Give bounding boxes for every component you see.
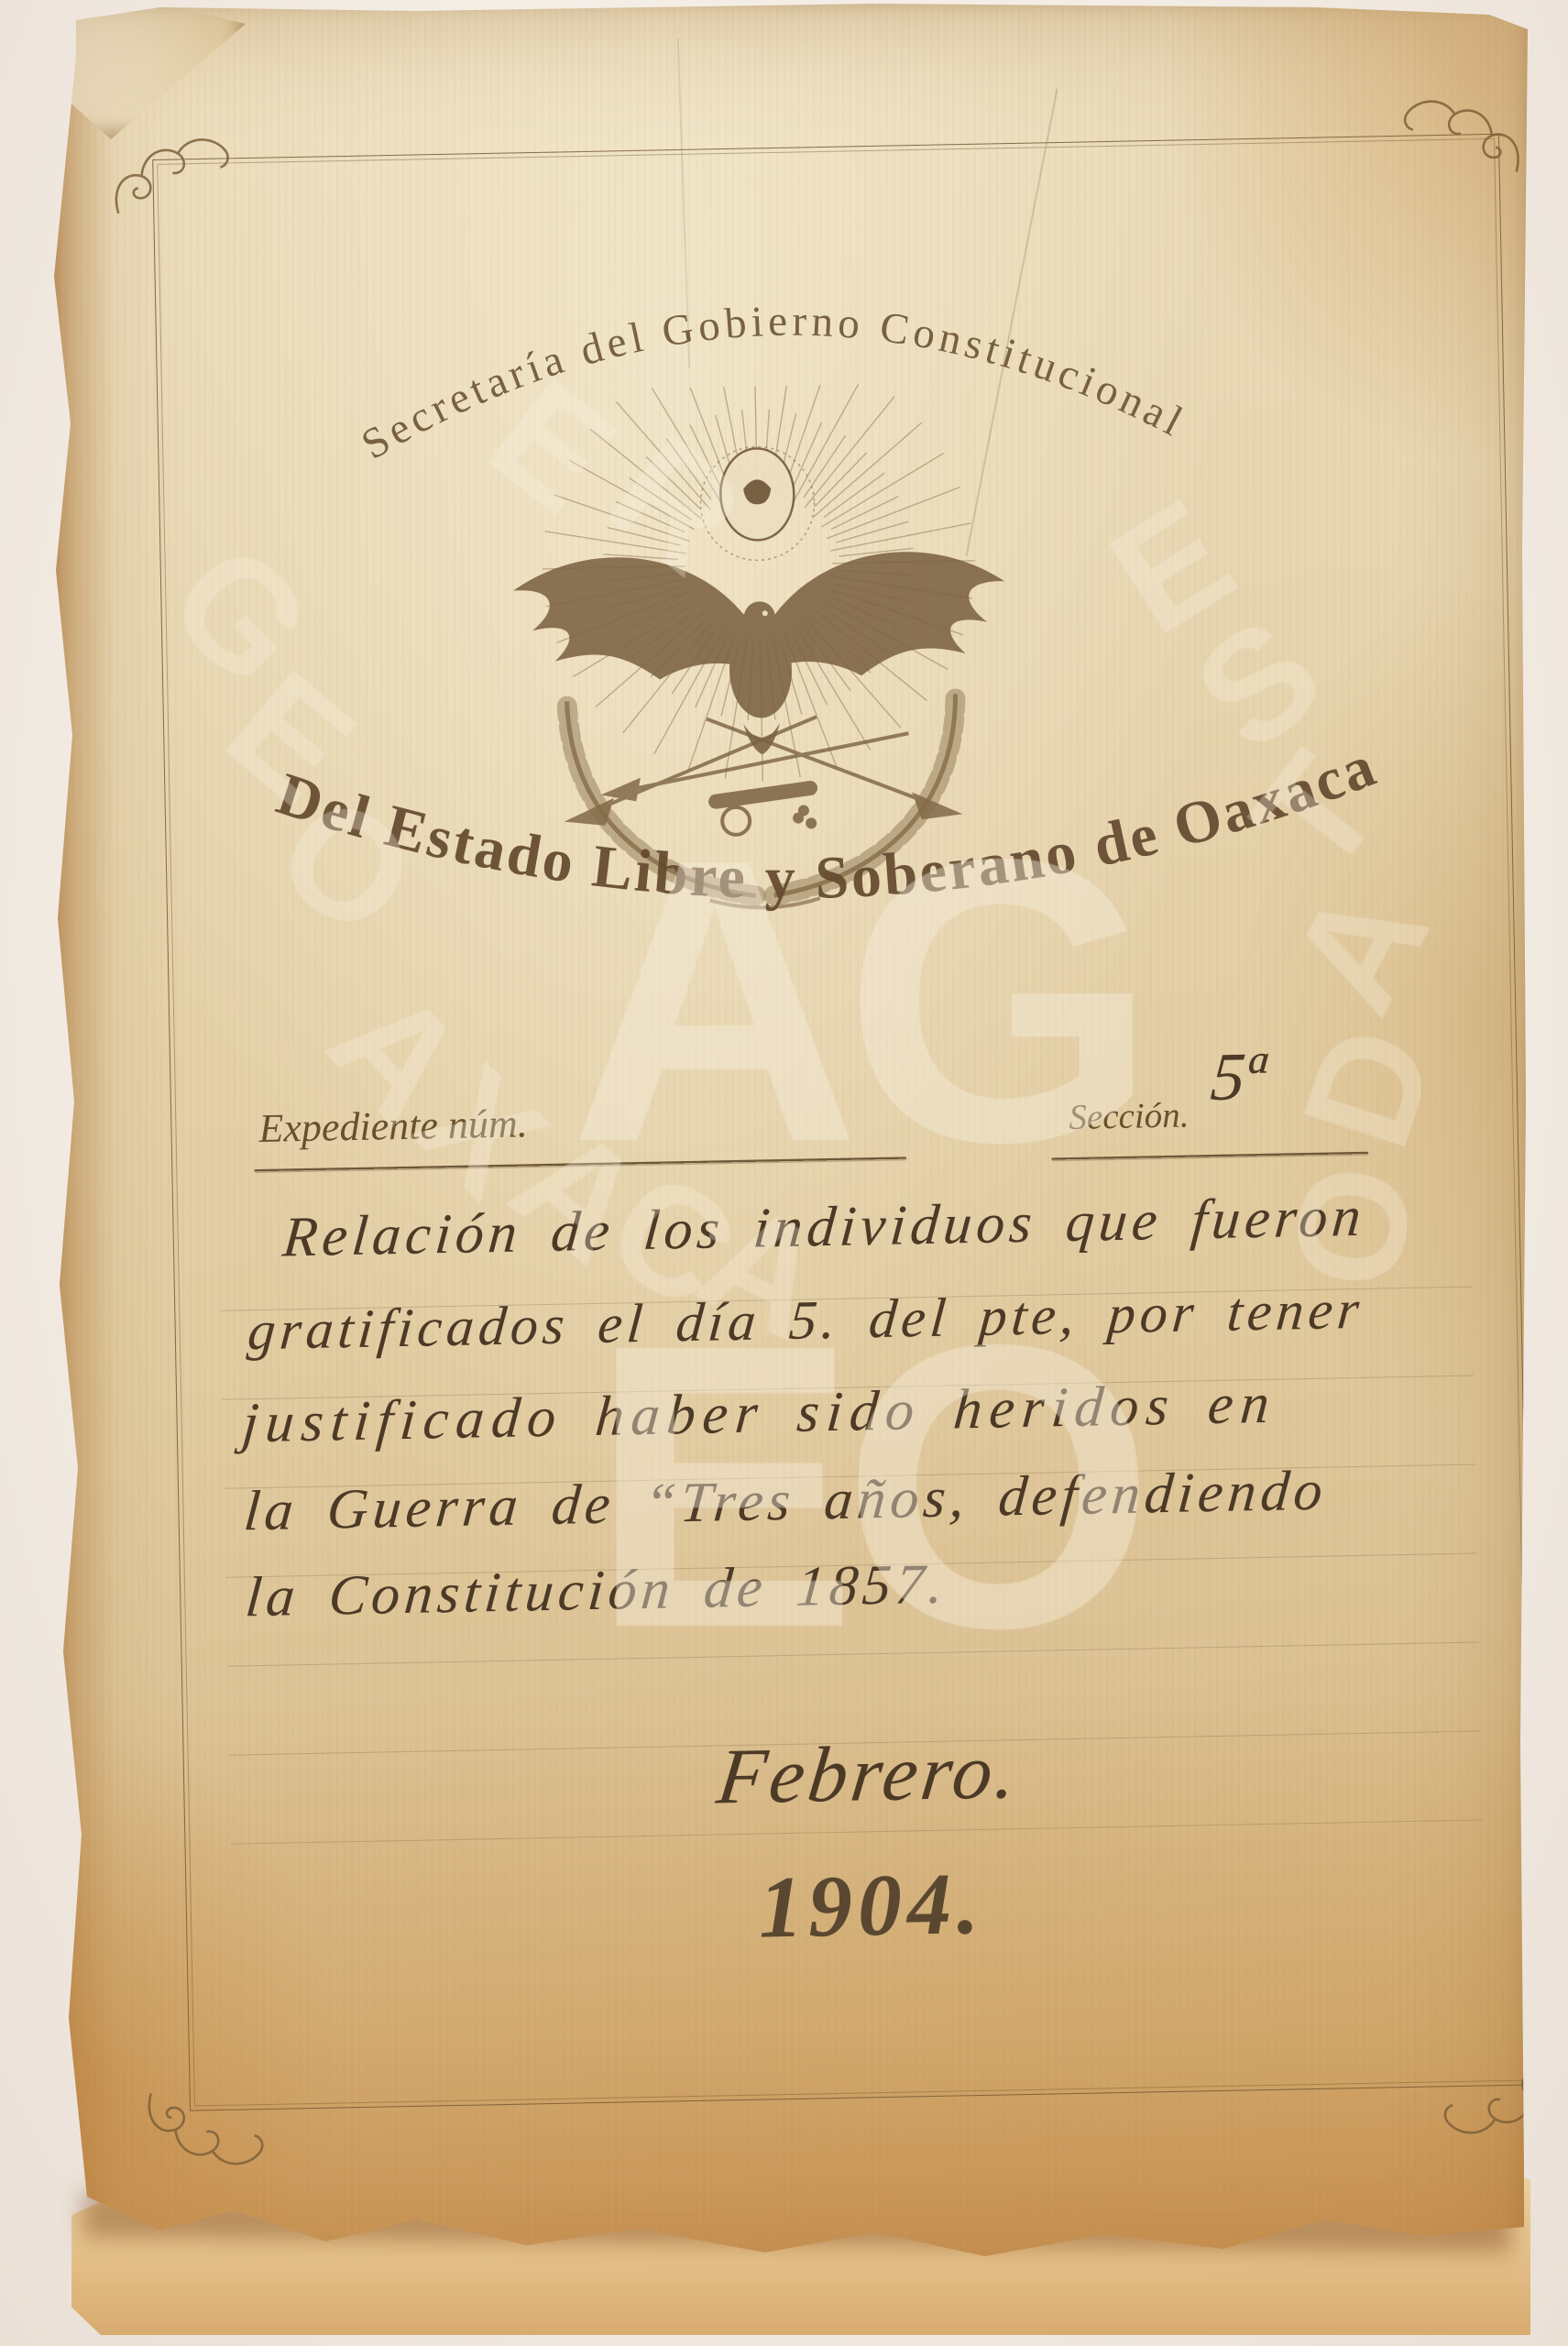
photo-backdrop: { "document": { "header_arc": "Secretarí… (0, 0, 1568, 2346)
document-page: Secretaría del Gobierno Constitucional (50, 2, 1528, 2311)
paper-edge-vignette (50, 2, 1528, 2311)
